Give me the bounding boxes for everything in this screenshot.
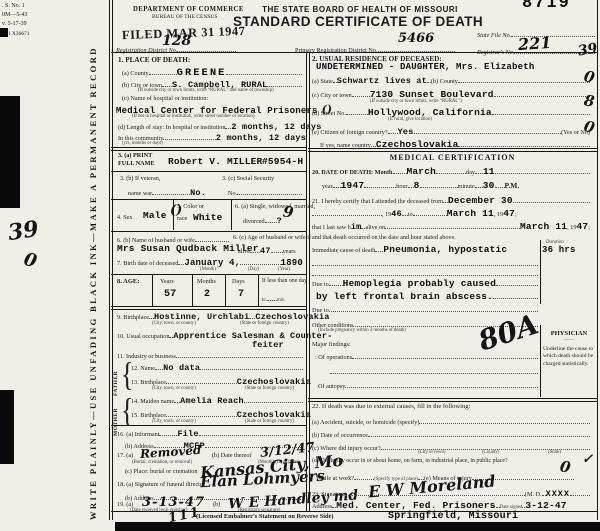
dotted-line [492, 107, 590, 115]
full-name-label: FULL NAME [118, 160, 155, 167]
operations-field: : Of operations [315, 351, 538, 361]
father-side-label: FATHER [113, 358, 119, 396]
dotted-line [413, 208, 447, 216]
findings-blank-line [330, 366, 538, 374]
day-label: day [466, 169, 475, 176]
birth-date-label: 7. Birth date of deceased [117, 260, 178, 267]
form-right-border [597, 0, 598, 520]
margin-instruction-text: WRITE PLAINLY—USE UNFADING BLACK INK—MAK… [88, 42, 98, 520]
father-name-field: 12. NameNo data [131, 362, 303, 373]
age-col-divider [192, 274, 193, 306]
due-to-2-field: Due to [312, 304, 538, 314]
stay-label: (d) Length of stay: In hospital or insti… [118, 124, 225, 131]
residence-street-label: (d) Street No. [312, 110, 346, 117]
ssn-field: No. [228, 187, 302, 197]
form-code-1: . S. No. 1 [2, 3, 25, 9]
print-label: 3. (a) PRINT [118, 152, 152, 159]
age-years-value: 57 [164, 289, 176, 300]
department-line: DEPARTMENT OF COMMERCE [133, 6, 244, 13]
age-col-divider [152, 274, 153, 306]
father-birthplace-label: 13. Birthplace [131, 379, 166, 386]
residence-street-note: (If rural, give location) [388, 117, 432, 122]
prisoner-number: #5954-H [262, 156, 303, 167]
dotted-line [237, 187, 302, 195]
other-conditions-note: (Include pregnancy within 3 months of de… [318, 328, 406, 333]
age-table-bottom [111, 306, 306, 310]
age-months-value: 2 [204, 289, 210, 300]
date-signed-label: Date signed [500, 505, 523, 510]
sex-value: Male [143, 210, 167, 221]
box-divider [231, 199, 232, 230]
physician-address-value: Med. Center, Fed. Prisoners [336, 500, 495, 511]
spouse-age-label: 6. (c) Age of husband or wife if [233, 234, 311, 241]
death-year-value: 1947 [341, 180, 365, 191]
dotted-line [513, 195, 590, 203]
physician-title: PHYSICIAN [551, 330, 587, 337]
residence-street-field: (d) Street No.Hollywood, California [312, 107, 590, 118]
physician-address-field: AddressMed. Center, Fed. PrisonersDate s… [312, 500, 600, 511]
age-table-top [111, 274, 306, 275]
dotted-line [368, 429, 590, 437]
dotted-line [458, 75, 590, 83]
dotted-line [475, 166, 483, 174]
dotted-line [375, 244, 383, 252]
form-code-3: v. 5-17-39 [2, 21, 27, 27]
dotted-line [152, 187, 190, 195]
margin-mark-4: 0 [582, 117, 596, 137]
physician-title-row: PHYSICIAN [542, 330, 596, 337]
certify-text-3a: that I last saw h [312, 224, 351, 231]
dotted-line [345, 380, 538, 388]
father-bp-note-2: (State or foreign country) [245, 386, 294, 391]
residence-state-field: (a) StateSchwartz lives at(b) County [312, 75, 590, 86]
dotted-line [240, 257, 280, 265]
scan-artifact-bottom-bar [115, 522, 600, 531]
stay-community-value: 2 months, 12 days [216, 133, 306, 143]
dotted-line [329, 304, 538, 312]
dotted-line [159, 428, 177, 436]
dotted-line [458, 139, 590, 147]
box-top [111, 199, 306, 200]
due-to-1-label: Due to [312, 281, 329, 288]
death-minute-value: 30 [483, 180, 495, 191]
veteran-value: No. [190, 188, 206, 198]
dotted-line [163, 132, 216, 140]
md-crossed-out: XXXX [546, 489, 570, 499]
county-label: (a) County [122, 70, 149, 77]
dotted-line [496, 278, 538, 286]
residence-city-note: (If outside city or town limits, write “… [370, 99, 462, 104]
minute-label: minute [458, 183, 475, 190]
death-day-value: 11 [483, 166, 495, 177]
father-bp-note-1: (City, town, or county) [152, 386, 196, 391]
disposition-hand-removed: Removed [140, 443, 202, 461]
dotted-line [199, 428, 303, 436]
age-col-divider [225, 274, 226, 306]
external-b-field: (b) Date of occurrence [312, 429, 590, 439]
dotted-line [267, 79, 302, 87]
attended-to-value: March 11 [447, 208, 494, 219]
age-days-value: 7 [238, 289, 244, 300]
ssn-label2: No. [228, 190, 237, 197]
dotted-line [352, 89, 370, 97]
marital-label-1: 6. (a) Single, widowed, married, [235, 203, 315, 210]
marital-field: divorced? [243, 215, 303, 226]
certify-line-2: , 1946toMarch 11, 1947; [312, 208, 590, 219]
registrar-a-label: 19. (a) [117, 501, 133, 508]
disposition-a-label: 17. (a) [117, 452, 133, 459]
birthplace-note-2: (State or foreign country) [240, 321, 289, 326]
county-field: (a) CountyGREENE [122, 67, 302, 79]
cause-blank-line [312, 258, 538, 266]
dotted-line [570, 488, 590, 496]
dotted-line [381, 442, 590, 450]
certificate-title: STANDARD CERTIFICATE OF DEATH [228, 14, 488, 29]
disposition-a-note: (Burial, cremation, or removal) [132, 460, 192, 465]
box-bottom [111, 231, 306, 232]
attended-from-value: December 30 [448, 195, 513, 206]
date-of-death-field-2: year1947hour8minute30P.M. [322, 180, 590, 191]
dotted-line [494, 89, 590, 97]
informant-value: File [177, 429, 198, 439]
dotted-line [176, 350, 303, 358]
due-to-2-label: Due to [312, 307, 329, 314]
mother-birthplace-label: 15. Birthplace [131, 412, 166, 419]
citizen-field: (e) Citizen of foreign country?Yes(Yes o… [312, 126, 590, 137]
dotted-line [329, 278, 343, 286]
dotted-line [195, 234, 229, 242]
external-c-note-3: (State) [548, 450, 561, 455]
race-label-1: 5. Color or [177, 203, 204, 210]
immediate-cause-field: Immediate cause of deathPneumonia, hypos… [312, 244, 538, 255]
hospital-label: (c) Name of hospital or institution: [122, 95, 208, 102]
physician-box-divider [540, 325, 541, 397]
date-of-death-label: 20. DATE OF DEATH: Month [312, 169, 393, 176]
dotted-line [162, 79, 172, 87]
external-c-label: (c) Where did injury occur? [312, 445, 381, 452]
medical-certification-title: MEDICAL CERTIFICATION [308, 153, 597, 162]
dotted-line [436, 166, 466, 174]
place-of-death-title: 1. PLACE OF DEATH: [118, 56, 190, 64]
dotted-line [250, 245, 260, 253]
state-file-label: State File No. [477, 32, 511, 39]
due-to-1-value-2: by left frontal brain abscess. [316, 291, 493, 302]
physician-dash-row: —— [542, 338, 596, 343]
him-typed: im [351, 222, 362, 232]
scan-artifact-block [0, 96, 20, 208]
certify-text-4: and that death occurred on the date and … [312, 234, 456, 241]
certify-text-3b: alive on [365, 224, 385, 231]
marital-label-2: divorced [243, 218, 265, 225]
section-divider [308, 148, 597, 152]
age-col-months: Months [197, 278, 216, 285]
footer-city-value: Springfield, Missouri [388, 511, 518, 522]
birth-note-month: (Month) [200, 267, 216, 272]
birth-note-year: (Year) [278, 267, 290, 272]
due-to-1-field: Due toHemoplegia probably caused [312, 278, 538, 289]
age-col-days: Days [232, 278, 245, 285]
year-label: year [322, 183, 333, 190]
dotted-line [244, 395, 303, 403]
sex-label: 4. Sex [117, 214, 132, 221]
residence-line1: UNDETERMINED - DAUGHTER, Mrs. Elizabeth [316, 62, 534, 72]
external-c-note-1: (City or town) [418, 450, 445, 455]
margin-mark-2: 0 [582, 67, 596, 87]
due-to-1-line-2: by left frontal brain abscess. [316, 291, 538, 302]
due-to-1-value: Hemoplegia probably caused [343, 278, 496, 289]
dotted-line [200, 362, 303, 370]
dotted-line [352, 351, 538, 359]
while-at-work-label: While at work? [316, 475, 354, 482]
section-divider [111, 147, 306, 151]
mother-bp-note-2: (State or foreign country) [245, 419, 294, 424]
header-divider [111, 52, 597, 53]
age-col-divider [258, 274, 259, 306]
dotted-line [495, 166, 590, 174]
dotted-line [346, 107, 368, 115]
board-title: THE STATE BOARD OF HEALTH OF MISSOURI [245, 5, 475, 14]
cause-blank-line [312, 268, 538, 276]
registrar-b-label: (b) [213, 501, 220, 508]
serial-number: 8719 [522, 0, 571, 13]
occupation-label: 10. Usual occupation [117, 333, 169, 340]
city-note: (If outside city or town limits, write “… [138, 88, 274, 93]
death-month-value: March [407, 166, 437, 177]
date-signed-value: 3-12-47 [525, 500, 566, 511]
dotted-line [475, 180, 483, 188]
means-of-injury-check-icon: ✓ [582, 452, 593, 467]
veteran-field: name warNo. [128, 187, 206, 198]
industry-field: 11. Industry or business [117, 350, 303, 360]
birth-note-day: (Day) [248, 267, 259, 272]
certificate-title-text: STANDARD CERTIFICATE OF DEATH [233, 14, 483, 29]
signature-label: 23. Signature [312, 491, 345, 498]
residence-line2: Schwartz lives at [337, 76, 427, 86]
medical-certification-title-text: MEDICAL CERTIFICATION [390, 153, 516, 162]
row-divider [111, 171, 306, 172]
mother-name-label: 14. Maiden name [131, 398, 174, 405]
dotted-line [312, 258, 538, 266]
dotted-line [354, 472, 374, 480]
dotted-line [330, 366, 538, 374]
occupation-field: 10. Usual occupationApprentice Salesman … [117, 330, 317, 341]
birthplace-note-1: (City, town, or county) [152, 321, 196, 326]
occupation-value-2: feiter [252, 340, 284, 350]
major-findings-label: Major findings: [312, 341, 351, 348]
certify-text-1: 21. I hereby certify that I attended the… [312, 198, 443, 205]
registration-district-value: 128 [162, 33, 191, 49]
funeral-director-label: 18. (a) Signature of funeral director [117, 481, 205, 488]
dotted-line [419, 416, 590, 424]
father-name-label: 12. Name [131, 365, 155, 372]
county-value: GREENE [177, 67, 227, 79]
dotted-line [420, 180, 458, 188]
md-label: (M. D. [525, 491, 542, 498]
certify-line-3: that I last saw himalive onMarch 11, 194… [312, 221, 590, 232]
dotted-line [149, 67, 177, 75]
physician-note: Underline the cause to which death shoul… [543, 346, 595, 368]
duration-column-divider [540, 240, 541, 304]
birthplace-label: 9. Birthplace [117, 314, 149, 321]
margin-handwritten-squiggle: 0 [22, 249, 39, 272]
embalmer-note: (Licensed Embalmer's Statement on Revers… [196, 513, 334, 520]
duration-value: 36 hrs [542, 245, 576, 255]
min-label: min. [277, 298, 286, 303]
external-causes-title: 22. If death was due to external causes,… [312, 403, 470, 410]
dotted-line [364, 180, 396, 188]
race-value: White [193, 212, 223, 223]
from-year-value: 46 [391, 209, 402, 219]
dotted-line [226, 67, 302, 75]
last-seen-value: March 11 [520, 221, 567, 232]
ssn-label: 3. (c) Social Security [222, 175, 274, 182]
registrar-no-value: 221 [517, 33, 552, 54]
burial-place-label: (c) Place: burial or cremation [125, 468, 198, 475]
veteran-label2: name war [128, 190, 152, 197]
age-hr-min-field: hr.min. [262, 293, 304, 303]
date-of-death-field: 20. DATE OF DEATH: MonthMarchday11 [312, 166, 590, 177]
external-b-label: (b) Date of occurrence [312, 432, 368, 439]
dotted-line [267, 293, 277, 301]
dotted-line [265, 215, 277, 223]
full-name-value: Robert V. MILLER [168, 156, 262, 167]
citizen-label: (e) Citizen of foreign country? [312, 129, 388, 136]
immediate-cause-label: Immediate cause of death [312, 247, 375, 254]
spouse-age-field: alive47years [238, 245, 302, 256]
immediate-cause-value: Pneumonia, hypostatic [383, 244, 507, 255]
mother-name-value: Amelia Reach [180, 396, 244, 406]
dotted-line [493, 291, 538, 299]
autopsy-field: Of autopsy [318, 380, 538, 390]
to-year-value: 47 [503, 208, 515, 219]
dotted-line [495, 180, 505, 188]
physician-dash: —— [564, 338, 574, 343]
row-divider [111, 425, 306, 426]
dotted-line [414, 126, 562, 134]
stay-hospital-value: 2 months, 12 days [231, 122, 321, 132]
hour-label: hour [396, 183, 407, 190]
dotted-line [333, 180, 341, 188]
dotted-line [393, 166, 407, 174]
pm-label: P.M. [505, 181, 520, 190]
race-label-2: race [177, 215, 187, 222]
stay-hospital-field: (d) Length of stay: In hospital or insti… [118, 121, 306, 132]
father-name-value: No data [163, 363, 200, 373]
dotted-line [388, 126, 398, 134]
form-left-border [109, 0, 113, 520]
section-divider [308, 398, 597, 402]
dotted-line [312, 268, 538, 276]
years-label: years [283, 248, 296, 255]
date-thereof-label: (b) Date thereof [212, 452, 252, 459]
veteran-label: 3. (b) If veteran, [120, 175, 160, 182]
death-certificate-scan: . S. No. 1 0M—5-43 v. 5-17-39 № I X36671… [0, 0, 600, 531]
age-less-label: If less than one day [262, 278, 307, 284]
comma-19-label: , 19 [382, 211, 391, 218]
margin-handwritten-39: 39 [6, 216, 40, 246]
margin-mark-1: 39 [577, 40, 599, 59]
scan-artifact-block [0, 28, 8, 37]
bureau-line: BUREAU OF THE CENSUS [152, 14, 217, 20]
stay-note: (yrs, months or days) [122, 141, 163, 146]
age-col-years: Years [160, 278, 174, 285]
dotted-line [271, 245, 283, 253]
external-c-note-2: (County) [482, 450, 499, 455]
residence-state-label: (a) State [312, 78, 333, 85]
margin-mark-3: 8 [583, 91, 596, 110]
semicolon: ; [515, 211, 517, 218]
residence-county-label: (b) County [431, 78, 458, 85]
alive-label: alive [238, 248, 250, 255]
board-title-text: THE STATE BOARD OF HEALTH OF MISSOURI [262, 5, 458, 14]
scan-artifact-block [0, 390, 14, 464]
comma-19-label-2: , 19 [494, 211, 503, 218]
residence-city-label: (c) City or town [312, 92, 352, 99]
certify-line-1: 21. I hereby certify that I attended the… [312, 195, 590, 206]
dotted-line [155, 362, 163, 370]
comma-19-label-3: , 19 [567, 224, 576, 231]
autopsy-label: Of autopsy [318, 383, 345, 390]
dotted-line [166, 376, 237, 384]
external-d-label: (d) Did injury occur in or about home, o… [312, 458, 508, 464]
age-label: 8. AGE: [117, 278, 139, 285]
informant-field: 16. (a) InformantFile [117, 428, 303, 439]
operations-label: : Of operations [315, 354, 352, 361]
external-a-label: (a) Accident, suicide, or homicide (spec… [312, 419, 419, 426]
external-a-field: (a) Accident, suicide, or homicide (spec… [312, 416, 590, 426]
form-code-2: 0M—5-43 [2, 12, 27, 18]
semicolon-2: ; [588, 224, 590, 231]
dotted-line [385, 221, 520, 229]
mother-bp-note-1: (City, town, or county) [152, 419, 196, 424]
hospital-note: (If not in hospital or institution, writ… [132, 114, 254, 119]
mother-name-field: 14. Maiden nameAmelia Reach [131, 395, 303, 406]
dotted-line [312, 208, 382, 216]
dotted-line [166, 409, 237, 417]
citizen-value: Yes [398, 127, 414, 137]
physician-address-label: Address [312, 503, 332, 510]
primary-district-value: 5466 [398, 31, 434, 46]
informant-label: 16. (a) Informant [117, 431, 159, 438]
last-seen-year-value: 47 [576, 221, 588, 232]
spouse-age-value: 47 [260, 246, 271, 256]
